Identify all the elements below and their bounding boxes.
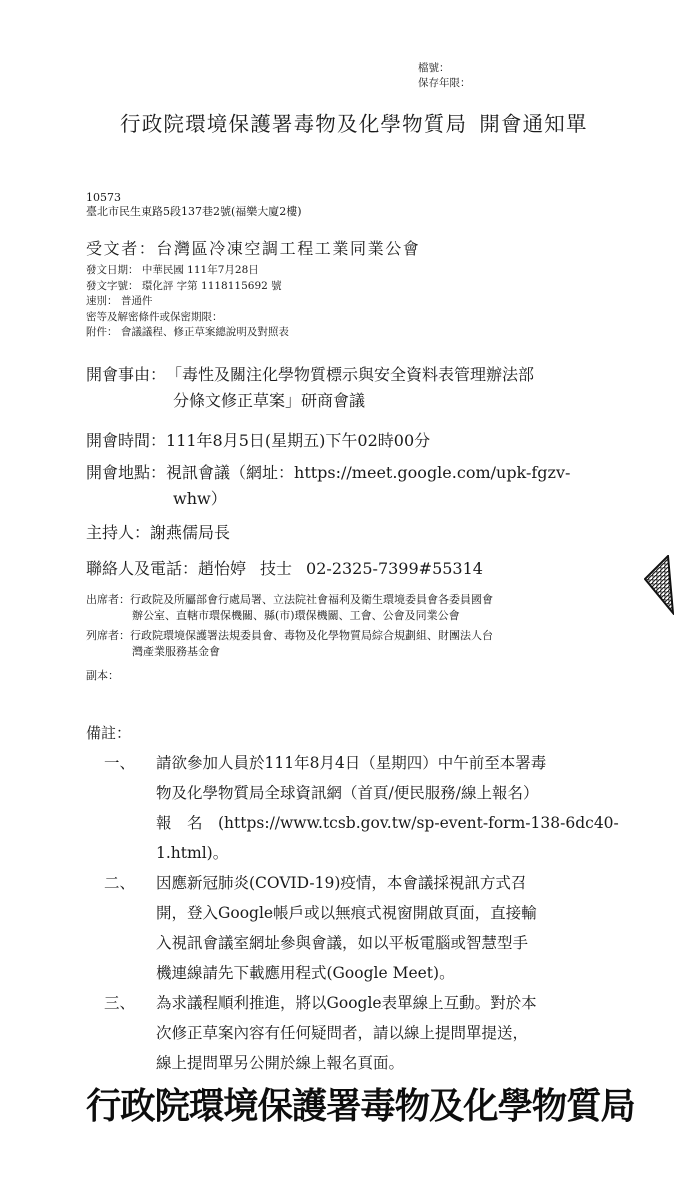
contact-info: 聯絡人及電話：趙怡婷技士02-2325-7399#55314 <box>86 556 483 582</box>
cc-label: 副本： <box>86 669 119 682</box>
recipient: 受文者：台灣區冷凍空調工程工業同業公會 <box>86 236 420 259</box>
issue-number: 發文字號： 環化評 字第 1118115692 號 <box>86 278 289 294</box>
remark-number: 一、 <box>104 748 156 778</box>
remark-item: 二、因應新冠肺炎(COVID-19)疫情，本會議採視訊方式召 開，登入Googl… <box>104 868 537 988</box>
security-label: 密等及解密條件或保密期限： <box>86 311 223 323</box>
issue-date-value: 中華民國 111年7月28日 <box>142 264 259 276</box>
agency-seal-text: 行政院環境保護署毒物及化學物質局 <box>86 1078 635 1129</box>
observers-line-1: 行政院環境保護署法規委員會、毒物及化學物質局綜合規劃組、財團法人台 <box>130 629 493 642</box>
attendees-label: 出席者： <box>86 593 130 606</box>
speed-value: 普通件 <box>121 295 153 307</box>
carbon-copy: 副本： <box>86 668 119 684</box>
document-title: 行政院環境保護署毒物及化學物質局開會通知單 <box>120 107 588 137</box>
remark-line: 1.html)。 <box>104 838 619 868</box>
agency-name: 行政院環境保護署毒物及化學物質局 <box>120 112 467 136</box>
host-label: 主持人： <box>86 523 150 542</box>
place-line-1: 視訊會議（網址：https://meet.google.com/upk-fgzv… <box>166 463 570 482</box>
place-line-2: whw） <box>86 486 570 512</box>
document-meta: 發文日期： 中華民國 111年7月28日 發文字號： 環化評 字第 111811… <box>86 262 289 340</box>
remark-line: 為求議程順利推進，將以Google表單線上互動。對於本 <box>156 994 537 1012</box>
attendees-line-2: 辦公室、直轄市環保機關、縣(市)環保機關、工會、公會及同業公會 <box>86 608 493 624</box>
attendees-line-1: 行政院及所屬部會行處局署、立法院社會福利及衛生環境委員會各委員國會 <box>130 593 493 606</box>
security-level: 密等及解密條件或保密期限： <box>86 309 289 325</box>
attachments: 附件： 會議議程、修正草案總說明及對照表 <box>86 324 289 340</box>
remark-line: 報 名 (https://www.tcsb.gov.tw/sp-event-fo… <box>104 808 619 838</box>
contact-label: 聯絡人及電話： <box>86 559 198 578</box>
file-number-label: 檔號： <box>418 61 471 76</box>
recipient-label: 受文者： <box>86 239 156 258</box>
place-label: 開會地點： <box>86 463 166 482</box>
host-value: 謝燕儒局長 <box>150 523 230 542</box>
remark-line: 次修正草案內容有任何疑問者，請以線上提問單提送， <box>104 1018 537 1048</box>
archive-info: 檔號： 保存年限： <box>418 61 471 91</box>
attachment-label: 附件： <box>86 326 118 338</box>
time-value: 111年8月5日(星期五)下午02時00分 <box>166 431 430 450</box>
remark-number: 三、 <box>104 988 156 1018</box>
remark-line: 開，登入Google帳戶或以無痕式視窗開啟頁面，直接輸 <box>104 898 537 928</box>
subject-label: 開會事由： <box>86 362 166 388</box>
subject-line-1: 「毒性及關注化學物質標示與安全資料表管理辦法部 <box>166 365 534 384</box>
delivery-speed: 速別： 普通件 <box>86 293 289 309</box>
subject-line-2: 分條文修正草案」研商會議 <box>86 388 534 414</box>
meeting-host: 主持人：謝燕儒局長 <box>86 520 230 546</box>
seal-fragment-icon <box>644 555 674 615</box>
issue-date-label: 發文日期： <box>86 264 139 276</box>
remark-line: 請欲參加人員於111年8月4日（星期四）中午前至本署毒 <box>156 754 546 772</box>
issue-date: 發文日期： 中華民國 111年7月28日 <box>86 262 289 278</box>
attendees: 出席者：行政院及所屬部會行處局署、立法院社會福利及衛生環境委員會各委員國會 辦公… <box>86 592 493 623</box>
remark-line: 物及化學物質局全球資訊網（首頁/便民服務/線上報名） <box>104 778 619 808</box>
meeting-subject: 開會事由：「毒性及關注化學物質標示與安全資料表管理辦法部 分條文修正草案」研商會… <box>86 362 534 414</box>
time-label: 開會時間： <box>86 431 166 450</box>
remark-line: 機連線請先下載應用程式(Google Meet)。 <box>104 958 537 988</box>
contact-title: 技士 <box>260 559 292 578</box>
remark-line: 線上提問單另公開於線上報名頁面。 <box>104 1048 537 1078</box>
observers: 列席者：行政院環境保護署法規委員會、毒物及化學物質局綜合規劃組、財團法人台 灣產… <box>86 628 493 659</box>
meeting-time: 開會時間：111年8月5日(星期五)下午02時00分 <box>86 428 430 454</box>
issue-number-value: 環化評 字第 1118115692 號 <box>142 280 282 292</box>
remark-line: 入視訊會議室網址參與會議，如以平板電腦或智慧型手 <box>104 928 537 958</box>
remark-number: 二、 <box>104 868 156 898</box>
remarks-title: 備註： <box>86 722 131 743</box>
sender-zip: 10573 <box>86 190 121 205</box>
contact-name: 趙怡婷 <box>198 559 246 578</box>
retention-period-label: 保存年限： <box>418 76 471 91</box>
speed-label: 速別： <box>86 295 118 307</box>
meeting-place: 開會地點：視訊會議（網址：https://meet.google.com/upk… <box>86 460 570 512</box>
issue-number-label: 發文字號： <box>86 280 139 292</box>
remark-line: 因應新冠肺炎(COVID-19)疫情，本會議採視訊方式召 <box>156 874 526 892</box>
observers-line-2: 灣產業服務基金會 <box>86 644 493 660</box>
document-type: 開會通知單 <box>479 112 588 136</box>
contact-phone: 02-2325-7399#55314 <box>306 559 483 578</box>
sender-address: 臺北市民生東路5段137巷2號(福樂大廈2樓) <box>86 204 302 219</box>
remark-item: 一、請欲參加人員於111年8月4日（星期四）中午前至本署毒 物及化學物質局全球資… <box>104 748 619 868</box>
observers-label: 列席者： <box>86 629 130 642</box>
attachment-value: 會議議程、修正草案總說明及對照表 <box>121 326 289 338</box>
remark-item: 三、為求議程順利推進，將以Google表單線上互動。對於本 次修正草案內容有任何… <box>104 988 537 1078</box>
recipient-value: 台灣區冷凍空調工程工業同業公會 <box>156 239 420 258</box>
